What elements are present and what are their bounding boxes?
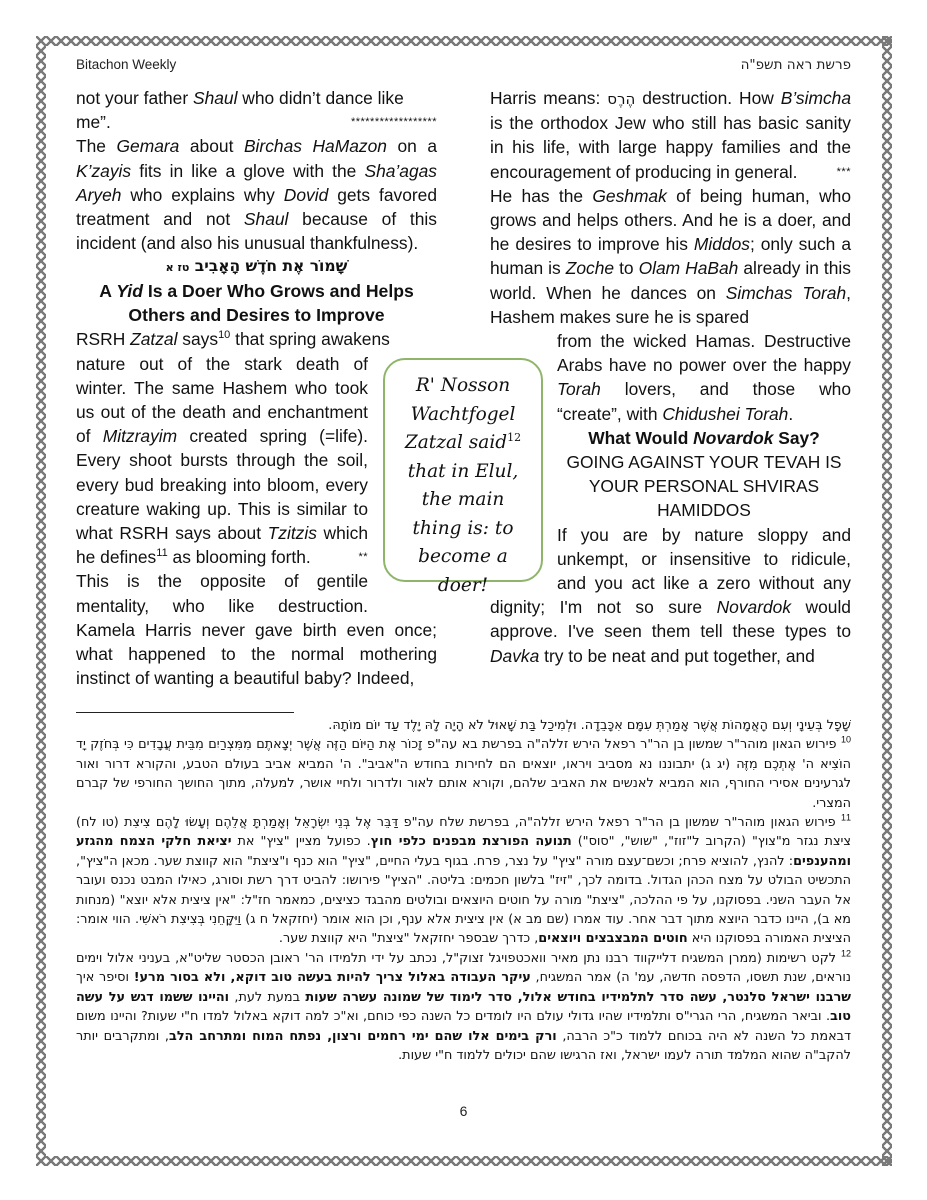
wrapped-text-block: from the wicked Hamas. Destructive Arabs… (557, 329, 851, 595)
footnote-separator (76, 712, 294, 713)
paragraph: not your father Shaul who didn’t dance l… (76, 86, 437, 134)
section-separator: ** (358, 545, 368, 569)
border-right (882, 36, 892, 1166)
hebrew-verse-heading: שָׁמוֹר אֶת חֹדֶשׁ הָאָבִיב טז א (76, 255, 437, 279)
footnote-ref: 12 (507, 431, 521, 444)
section-separator: *** (837, 160, 851, 184)
section-heading: What Would Novardok Say? (557, 426, 851, 450)
border-bottom (36, 1156, 892, 1166)
paragraph: Kamela Harris never gave birth even once… (76, 618, 437, 691)
pull-quote-box: R' Nosson Wachtfogel Zatzal said12 that … (383, 358, 543, 582)
page-number: 6 (0, 1103, 927, 1119)
right-column: Harris means: הֶרֶס destruction. How B’s… (490, 86, 851, 668)
footnote-10: 10 פירוש הגאון מוהר"ר שמשון בן הר"ר רפאל… (76, 735, 851, 813)
section-separator: ****************** (351, 110, 437, 134)
footnote-continuation: שָׁפָל בְּעֵינָי וְעִם הָאֲמָהוֹת אֲשֶׁר… (76, 716, 851, 735)
section-subheading: GOING AGAINST YOUR TEVAH IS YOUR PERSONA… (557, 450, 851, 523)
paragraph: He has the Geshmak of being human, who g… (490, 184, 851, 329)
paragraph: RSRH Zatzal says10 that spring awakens (76, 327, 437, 351)
footnote-ref: 11 (156, 547, 167, 559)
footnote-11: 11 פירוש הגאון מוהר"ר שמשון בן הר"ר רפאל… (76, 813, 851, 949)
publication-title: Bitachon Weekly (76, 57, 176, 72)
paragraph: dignity; I'm not so sure Novardok would … (490, 595, 851, 668)
footnote-12: 12 לקט רשימות (ממרן המשגיח דלייקווד רבנו… (76, 949, 851, 1065)
section-heading: A Yid Is a Doer Who Grows and Helps Othe… (76, 279, 437, 327)
wrapped-text-block: nature out of the stark death of winter.… (76, 352, 368, 618)
border-top (36, 36, 892, 46)
paragraph: The Gemara about Birchas HaMazon on a K’… (76, 134, 437, 255)
parsha-title: פרשת ראה תשפ"ה (741, 57, 851, 73)
paragraph: Harris means: הֶרֶס destruction. How B’s… (490, 86, 851, 184)
footnote-ref: 10 (218, 330, 230, 342)
footnotes: שָׁפָל בְּעֵינָי וְעִם הָאֲמָהוֹת אֲשֶׁר… (76, 716, 851, 1065)
border-left (36, 36, 46, 1166)
